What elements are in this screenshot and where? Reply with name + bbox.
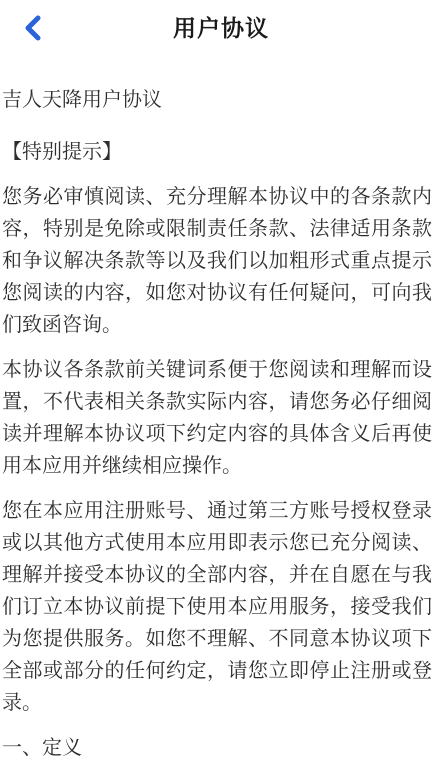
agreement-paragraph-2: 本协议各条款前关键词系便于您阅读和理解而设置，不代表相关条款实际内容，请您务必仔… (2, 354, 432, 482)
agreement-paragraph-1: 您务必审慎阅读、充分理解本协议中的各条款内容，特别是免除或限制责任条款、法律适用… (2, 181, 432, 341)
navbar: 用户协议 (0, 0, 442, 56)
page-title: 用户协议 (0, 0, 442, 56)
document-title: 吉人天降用户协议 (2, 84, 432, 116)
back-button[interactable] (18, 9, 56, 47)
section-heading-definitions: 一、定义 (2, 732, 432, 761)
agreement-paragraph-3: 您在本应用注册账号、通过第三方账号授权登录或以其他方式使用本应用即表示您已充分阅… (2, 495, 432, 719)
user-agreement-screen: 用户协议 吉人天降用户协议 【特别提示】 您务必审慎阅读、充分理解本协议中的各条… (0, 0, 442, 761)
special-notice-heading: 【特别提示】 (2, 136, 432, 168)
agreement-content: 吉人天降用户协议 【特别提示】 您务必审慎阅读、充分理解本协议中的各条款内容，特… (0, 56, 442, 761)
chevron-left-icon (24, 15, 42, 41)
